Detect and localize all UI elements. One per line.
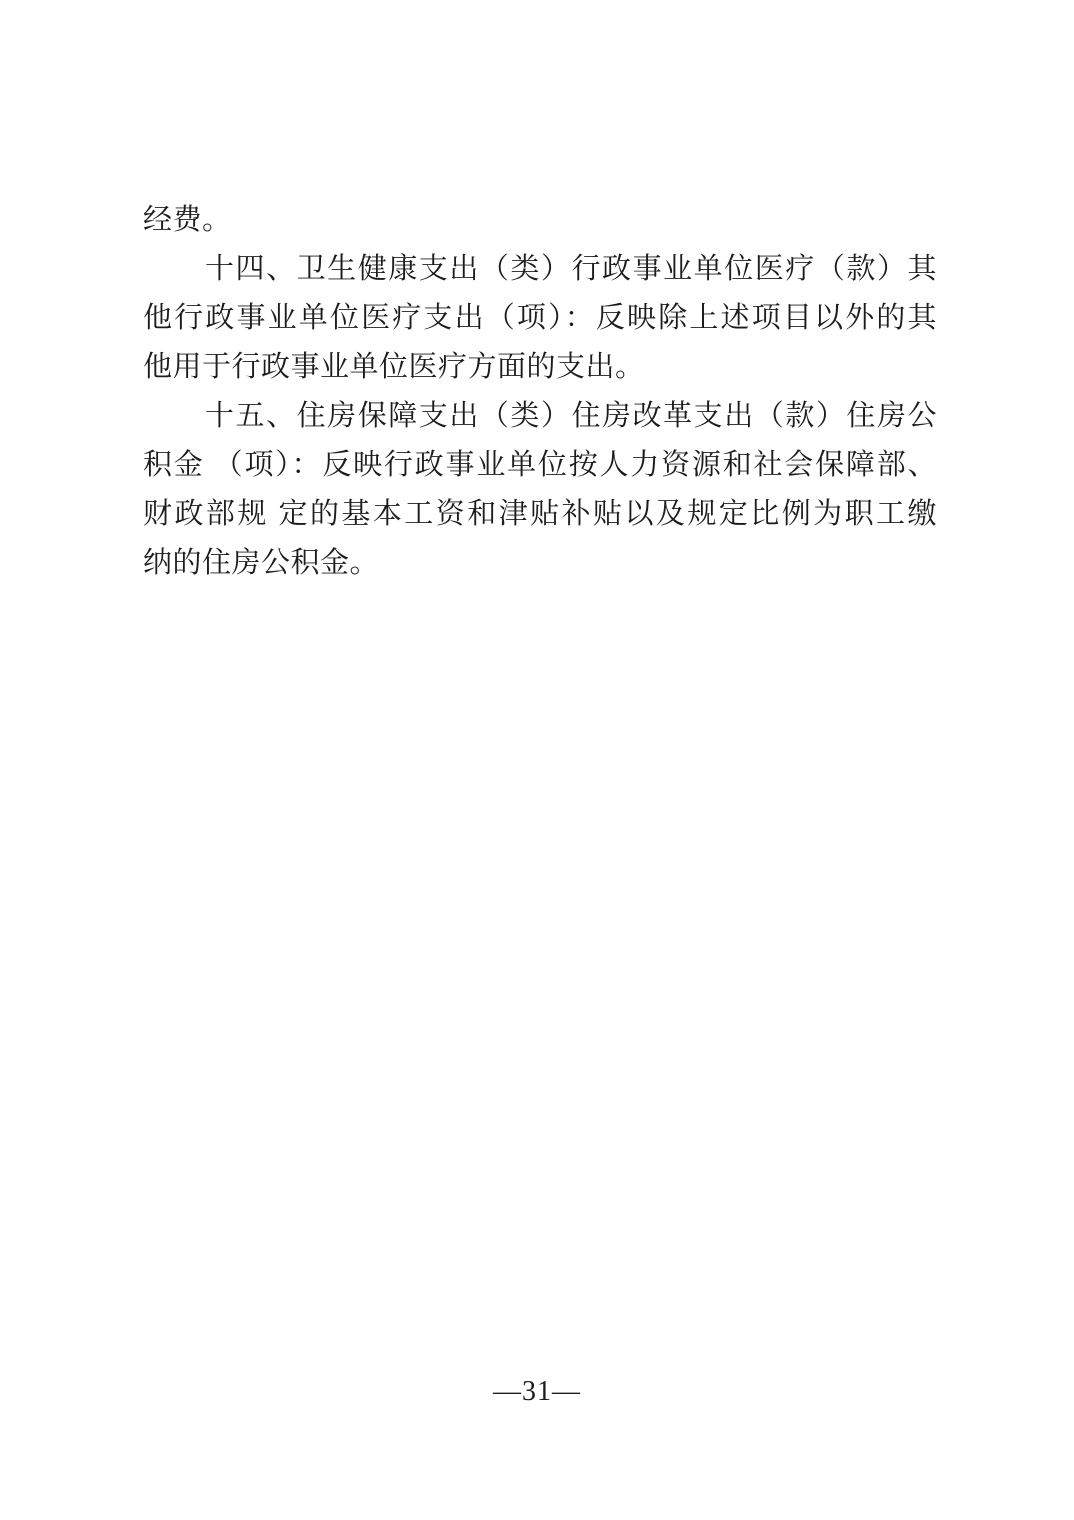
- text-line: 财政部规 定的基本工资和津贴补贴以及规定比例为职工缴: [143, 490, 937, 539]
- text-line: 积金 （项）：反映行政事业单位按人力资源和社会保障部、: [143, 441, 937, 490]
- text-line-paragraph-end: 纳的住房公积金。: [143, 539, 937, 588]
- text-line-paragraph-end: 经费。: [143, 196, 937, 245]
- text-line-item15-start: 十五、住房保障支出（类）住房改革支出（款）住房公: [143, 392, 937, 441]
- document-body: 经费。 十四、卫生健康支出（类）行政事业单位医疗（款）其 他行政事业单位医疗支出…: [143, 196, 937, 588]
- text-line: 他行政事业单位医疗支出（项）：反映除上述项目以外的其: [143, 294, 937, 343]
- document-page: 经费。 十四、卫生健康支出（类）行政事业单位医疗（款）其 他行政事业单位医疗支出…: [0, 0, 1074, 1520]
- page-number: —31—: [493, 1376, 581, 1407]
- page-footer: —31—: [0, 1372, 1074, 1412]
- text-line-paragraph-end: 他用于行政事业单位医疗方面的支出。: [143, 343, 937, 392]
- text-line-item14-start: 十四、卫生健康支出（类）行政事业单位医疗（款）其: [143, 245, 937, 294]
